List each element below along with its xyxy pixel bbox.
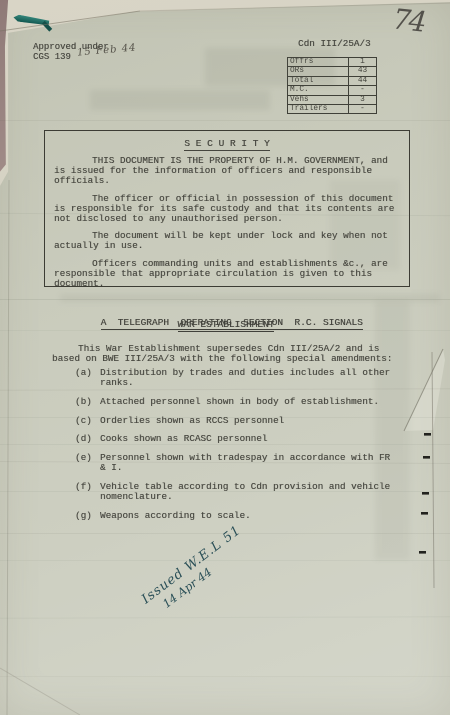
table-row-value: - [349,86,376,94]
security-paragraph: The officer or official in possession of… [54,194,399,225]
war-establishment-heading: WAR ESTABLISHMENT [44,319,408,330]
table-row: Total44 [288,77,376,86]
table-row-value: 3 [349,96,376,104]
table-row: M.C.- [288,86,376,95]
amendment-item: (f)Vehicle table according to Cdn provis… [75,482,405,502]
table-row-label: Vehs [288,96,349,104]
amendment-text: Attached personnel shown in body of esta… [100,397,400,407]
document-reference: Cdn III/25A/3 [298,39,371,49]
summary-table: Offrs1ORs43Total44M.C.-Vehs3Trailers- [287,57,377,114]
amendment-text: Distribution by trades and duties includ… [100,368,400,388]
table-row-label: ORs [288,67,349,75]
table-row-value: 43 [349,67,376,75]
amendment-item: (g)Weapons according to scale. [75,511,405,521]
amendment-letter: (e) [75,453,100,473]
amendment-text: Cooks shown as RCASC personnel [100,434,400,444]
amendments-list: (a)Distribution by trades and duties inc… [75,368,405,530]
amendment-item: (d)Cooks shown as RCASC personnel [75,434,405,444]
amendment-letter: (g) [75,511,100,521]
amendment-letter: (d) [75,434,100,444]
intro-paragraph: This War Establishment supersedes Cdn II… [52,344,410,364]
security-paragraphs: THIS DOCUMENT IS THE PROPERTY OF H.M. GO… [45,156,409,289]
table-row: ORs43 [288,67,376,76]
amendment-item: (a)Distribution by trades and duties inc… [75,368,405,388]
table-row-value: 1 [349,58,376,66]
amendment-item: (c)Orderlies shown as RCCS personnel [75,416,405,426]
fastener-tail [42,21,52,32]
table-row: Vehs3 [288,96,376,105]
amendment-text: Weapons according to scale. [100,511,400,521]
approval-ref: CGS 139 [33,52,71,62]
table-row-label: M.C. [288,86,349,94]
amendment-letter: (c) [75,416,100,426]
amendment-letter: (b) [75,397,100,407]
amendment-letter: (f) [75,482,100,502]
table-row-label: Total [288,77,349,85]
amendment-letter: (a) [75,368,100,388]
security-paragraph: The document will be kept under lock and… [54,231,399,251]
amendment-text: Orderlies shown as RCCS personnel [100,416,400,426]
table-row-label: Offrs [288,58,349,66]
table-row: Trailers- [288,105,376,113]
table-row: Offrs1 [288,58,376,67]
amendment-item: (b)Attached personnel shown in body of e… [75,397,405,407]
scanned-document-page: { "page": { "page_number_hw": "74", "app… [0,0,450,715]
amendment-text: Personnel shown with tradespay in accord… [100,453,400,473]
table-row-label: Trailers [288,105,349,113]
table-row-value: - [349,105,376,113]
amendment-text: Vehicle table according to Cdn provision… [100,482,400,502]
table-row-value: 44 [349,77,376,85]
security-title: S E C U R I T Y [45,138,409,149]
handwritten-page-number: 74 [391,2,426,38]
amendment-item: (e)Personnel shown with tradespay in acc… [75,453,405,473]
security-notice-box: S E C U R I T Y THIS DOCUMENT IS THE PRO… [44,130,410,287]
security-paragraph: THIS DOCUMENT IS THE PROPERTY OF H.M. GO… [54,156,399,187]
security-paragraph: Officers commanding units and establishm… [54,259,399,290]
